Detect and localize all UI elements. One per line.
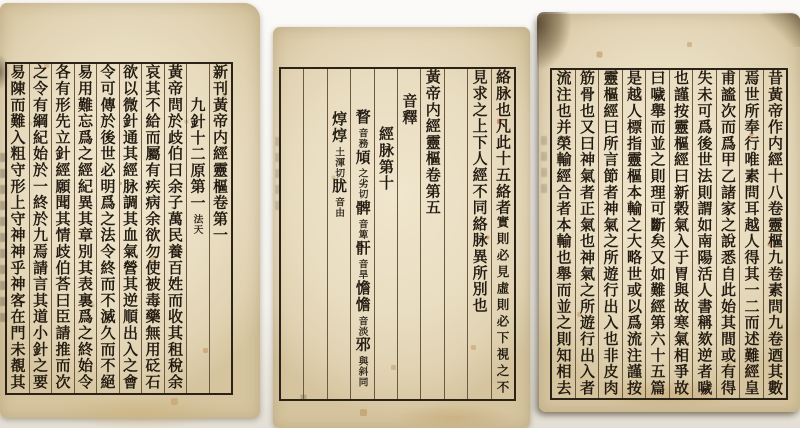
torn-corner: [537, 12, 571, 70]
column-text: 是越人標指靈樞本輸之大略世或以爲流注謹按: [625, 70, 641, 396]
text-column: 焉世所奉行唯素問耳越人得其一二而述難經皇: [739, 70, 763, 398]
column-text: 絡脉也凡此十五絡者: [494, 69, 510, 216]
scanned-page-left: 新刊黃帝内經靈樞卷第一九針十二原第一法天黃帝問於歧伯曰余子萬民養百姓而收其租稅余…: [0, 3, 260, 418]
column-text: 實則必見虛則必下視之不: [495, 216, 509, 398]
book-spread: 新刊黃帝内經靈樞卷第一九針十二原第一法天黃帝問於歧伯曰余子萬民養百姓而收其租稅余…: [0, 0, 800, 428]
column-text: 各有形先立針經願聞其情歧伯荅曰臣請推而次: [54, 64, 70, 390]
column-text: 新刊黃帝内經靈樞卷第一: [211, 64, 227, 243]
column-text: 頄: [354, 149, 370, 165]
column-text: 焉世所奉行唯素問耳越人得其一二而述難經皇: [743, 70, 759, 396]
text-column: 也謹按靈樞經曰新榖氣入于胃與故寒氣相爭故: [669, 70, 693, 398]
text-column: 見求之上下人經不同絡脉異所別也: [467, 69, 490, 399]
gloss-annotation: 音務: [357, 128, 368, 149]
column-text: 黃帝内經靈樞卷第五: [424, 69, 440, 216]
gloss-annotation: 音旱: [357, 259, 368, 280]
text-column: 九針十二原第一法天: [186, 64, 209, 393]
column-text: 哀其不給而屬有疾病余欲勿使被毒藥無用砭石: [144, 64, 160, 390]
column-text: 音釋: [400, 93, 416, 126]
text-columns: 絡脉也凡此十五絡者實則必見虛則必下視之不見求之上下人經不同絡脉異所別也黃帝内經靈…: [281, 69, 514, 399]
text-column: 失未可爲後世法則謂如南陽活人書稱欬逆者噦: [692, 70, 716, 398]
foxing-spots: [539, 14, 540, 15]
text-column: 欲以微針通其經脉調其血氣營其逆順出入之會: [119, 64, 142, 393]
text-column: 絡脉也凡此十五絡者實則必見虛則必下視之不: [491, 69, 514, 399]
column-text: 筋骨也又曰神氣者正氣也神氣之所遊行出入者: [578, 70, 594, 396]
column-text: 流注也并榮輸經合者本輸也舉而並之則知相去: [555, 70, 571, 396]
column-text: 九針十二原第一: [189, 97, 205, 211]
column-text: 易陳而難入粗守形上守神神乎神客在門未覩其: [9, 64, 25, 390]
gloss-annotation: 音箄: [357, 219, 368, 240]
text-column: 易用難忘爲之經紀異其章別其表裏爲之終始令: [74, 64, 97, 393]
fold-text-smudge: [541, 136, 547, 198]
paper-stain: [393, 405, 513, 428]
text-column: 靈樞經曰所言節者神氣之所遊行出入也非皮肉: [598, 70, 622, 398]
text-column: 曰噦舉而並之則理可斷矣又如難經第六十五篇: [645, 70, 669, 398]
text-column: 甫謐次而爲甲乙諸家之說悉自此始其間或有得: [716, 70, 740, 398]
column-text: 失未可爲後世法則謂如南陽活人書稱欬逆者噦: [696, 70, 712, 396]
gloss-annotation: 音淡: [357, 316, 368, 337]
text-column: 哀其不給而屬有疾病余欲勿使被毒藥無用砭石: [141, 64, 164, 393]
column-text: 經脉第十: [377, 126, 393, 191]
text-column: 音釋: [397, 69, 420, 399]
column-text: 令可傳於後世必明爲之法令終而不滅久而不絕: [99, 64, 115, 390]
gloss-annotation: 土渾切: [333, 147, 344, 178]
gloss-annotation: 與斜同: [357, 356, 368, 387]
text-column: 流注也并榮輸經合者本輸也舉而並之則知相去: [552, 70, 575, 398]
column-text: 焞焞: [330, 111, 346, 144]
column-text: 黃帝問於歧伯曰余子萬民養百姓而收其租稅余: [166, 64, 182, 390]
empty-column: [303, 69, 326, 399]
column-text: 骭: [354, 240, 370, 256]
column-text: 甫謐次而爲甲乙諸家之說悉自此始其間或有得: [719, 70, 735, 396]
page-frame: 絡脉也凡此十五絡者實則必見虛則必下視之不見求之上下人經不同絡脉異所別也黃帝内經靈…: [279, 67, 516, 401]
torn-corner: [761, 13, 800, 47]
text-column: 易陳而難入粗守形上守神神乎神客在門未覩其: [7, 64, 29, 393]
column-text: 肬: [330, 178, 346, 194]
gloss-annotation: 音由: [333, 197, 344, 218]
paper-stain: [55, 395, 225, 428]
text-column: 黃帝内經靈樞卷第五: [420, 69, 443, 399]
page-frame: 昔黃帝作内經十八卷靈樞九卷素問九卷迺其數焉世所奉行唯素問耳越人得其一二而述難經皇…: [550, 68, 788, 400]
gloss-annotation: 法天: [192, 214, 203, 235]
text-column: 各有形先立針經願聞其情歧伯荅曰臣請推而次: [51, 64, 74, 393]
foxing-spots: [0, 3, 1, 4]
column-text: 靈樞經曰所言節者神氣之所遊行出入也非皮肉: [602, 70, 618, 396]
text-column: 經脉第十: [374, 69, 397, 399]
column-text: 也謹按靈樞經曰新榖氣入于胃與故寒氣相爭故: [672, 70, 688, 396]
gloss-annotation: 之劣切: [357, 168, 368, 199]
text-columns: 新刊黃帝内經靈樞卷第一九針十二原第一法天黃帝問於歧伯曰余子萬民養百姓而收其租稅余…: [7, 64, 231, 393]
column-text: 之令有綱紀始於一終於九焉請言其道小針之要: [31, 64, 47, 390]
column-text: 易用難忘爲之經紀異其章別其表裏爲之終始令: [76, 64, 92, 390]
column-text: 昔黃帝作内經十八卷靈樞九卷素問九卷迺其數: [766, 70, 782, 396]
text-column: 之令有綱紀始於一終於九焉請言其道小針之要: [29, 64, 52, 393]
text-column: 筋骨也又曰神氣者正氣也神氣之所遊行出入者: [575, 70, 599, 398]
text-column: 令可傳於後世必明爲之法令終而不滅久而不絕: [96, 64, 119, 393]
page-frame: 新刊黃帝内經靈樞卷第一九針十二原第一法天黃帝問於歧伯曰余子萬民養百姓而收其租稅余…: [5, 62, 233, 395]
empty-column: [444, 69, 467, 399]
column-text: 憺憺: [354, 280, 370, 313]
text-columns: 昔黃帝作内經十八卷靈樞九卷素問九卷迺其數焉世所奉行唯素問耳越人得其一二而述難經皇…: [552, 70, 786, 398]
text-column: 黃帝問於歧伯曰余子萬民養百姓而收其租稅余: [164, 64, 187, 393]
column-text: 欲以微針通其經脉調其血氣營其逆順出入之會: [121, 64, 137, 390]
empty-column: [281, 69, 303, 399]
text-column: 瞀音務頄之劣切髀音箄骭音旱憺憺音淡邪與斜同: [350, 69, 373, 399]
scanned-page-center: 絡脉也凡此十五絡者實則必見虛則必下視之不見求之上下人經不同絡脉異所別也黃帝内經靈…: [273, 27, 530, 428]
scanned-page-right: 昔黃帝作内經十八卷靈樞九卷素問九卷迺其數焉世所奉行唯素問耳越人得其一二而述難經皇…: [539, 14, 800, 412]
column-text: 髀: [354, 200, 370, 216]
column-text: 邪: [354, 336, 370, 352]
column-text: 見求之上下人經不同絡脉異所別也: [471, 69, 487, 314]
text-column: 焞焞土渾切肬音由: [327, 69, 350, 399]
text-column: 昔黃帝作内經十八卷靈樞九卷素問九卷迺其數: [763, 70, 787, 398]
text-column: 新刊黃帝内經靈樞卷第一: [209, 64, 232, 393]
text-column: 是越人標指靈樞本輸之大略世或以爲流注謹按: [622, 70, 646, 398]
column-text: 瞀: [354, 109, 370, 125]
column-text: 曰噦舉而並之則理可斷矣又如難經第六十五篇: [649, 70, 665, 396]
foxing-spots: [273, 27, 274, 28]
